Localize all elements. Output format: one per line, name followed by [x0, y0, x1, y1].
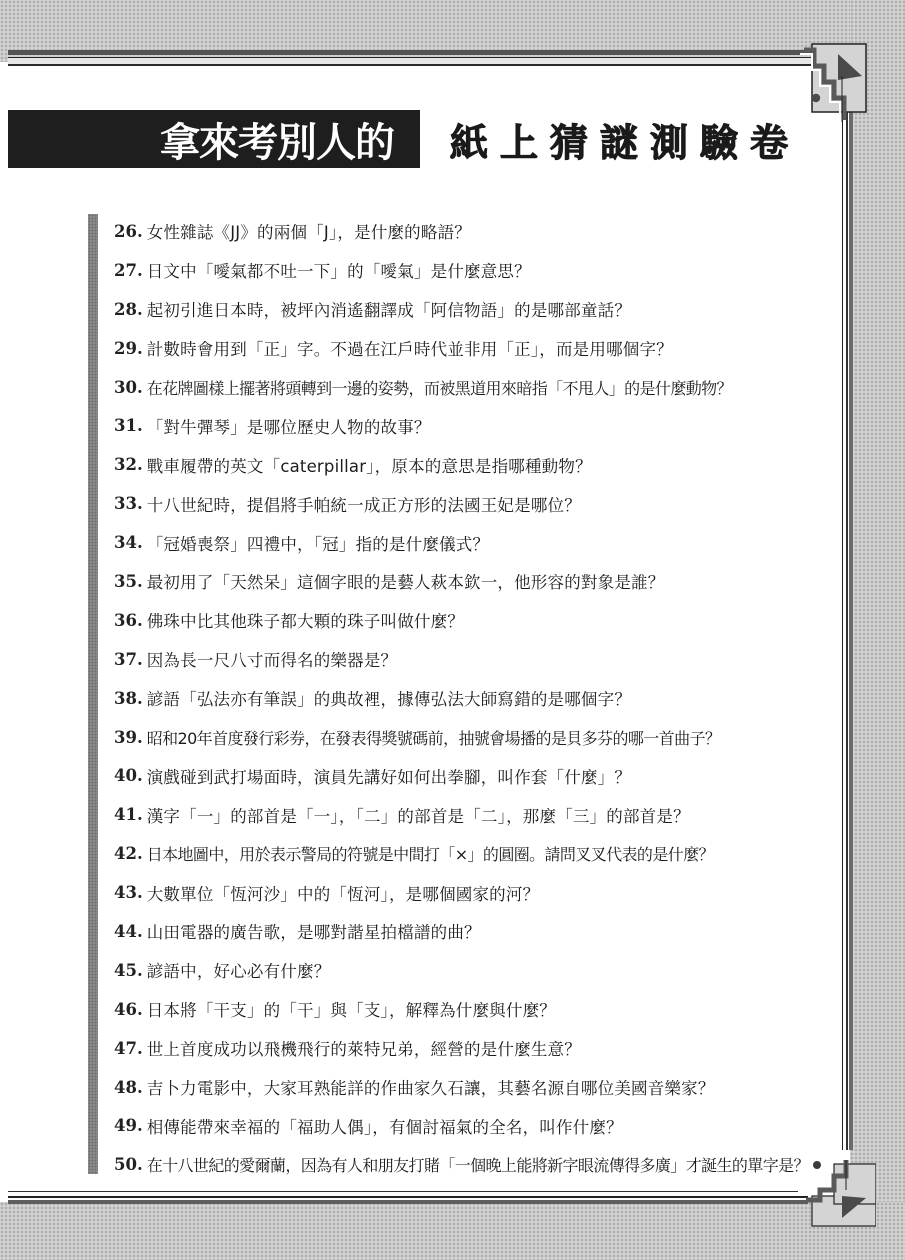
question-text: 日文中「噯氣都不吐一下」的「噯氣」是什麼意思？ — [147, 258, 531, 282]
question-text: 日本將「干支」的「干」與「支」，解釋為什麼與什麼？ — [147, 997, 556, 1021]
page-title: 紙上猜謎測驗卷 — [450, 112, 800, 166]
question-number: 31. — [114, 416, 143, 435]
question-item: 37.因為長一尺八寸而得名的樂器是？ — [114, 640, 834, 679]
question-item: 34.「冠婚喪祭」四禮中，「冠」指的是什麼儀式？ — [114, 523, 834, 562]
question-text: 諺語「弘法亦有筆誤」的典故裡，據傳弘法大師寫錯的是哪個字？ — [147, 686, 631, 710]
question-item: 27.日文中「噯氣都不吐一下」的「噯氣」是什麼意思？ — [114, 251, 834, 290]
right-border-line — [842, 110, 843, 1150]
question-text: 諺語中，好心必有什麼？ — [147, 958, 331, 982]
top-right-corner-ornament — [800, 42, 870, 122]
question-number: 50. — [114, 1155, 143, 1174]
dot-icon — [811, 93, 821, 103]
question-text: 大數單位「恆河沙」中的「恆河」，是哪個國家的河？ — [147, 881, 540, 905]
question-number: 33. — [114, 494, 143, 513]
question-number: 27. — [114, 261, 143, 280]
end-dot-icon — [813, 1161, 821, 1169]
question-item: 38.諺語「弘法亦有筆誤」的典故裡，據傳弘法大師寫錯的是哪個字？ — [114, 679, 834, 718]
question-item: 33.十八世紀時，提倡將手帕統一成正方形的法國王妃是哪位？ — [114, 484, 834, 523]
question-number: 43. — [114, 883, 143, 902]
question-text: 計數時會用到「正」字。不過在江戶時代並非用「正」，而是用哪個字？ — [147, 336, 673, 360]
question-number: 36. — [114, 611, 143, 630]
left-accent-bar — [88, 214, 98, 1174]
question-item: 48.吉卜力電影中，大家耳熟能詳的作曲家久石讓，其藝名源自哪位美國音樂家？ — [114, 1068, 834, 1107]
question-item: 43.大數單位「恆河沙」中的「恆河」，是哪個國家的河？ — [114, 873, 834, 912]
question-text: 十八世紀時，提倡將手帕統一成正方形的法國王妃是哪位？ — [147, 492, 581, 516]
right-border-line — [849, 110, 853, 1150]
question-text: 在十八世紀的愛爾蘭，因為有人和朋友打賭「一個晚上能將新字眼流傳得多廣」才誕生的單… — [147, 1153, 809, 1176]
question-item: 30.在花牌圖樣上擺著將頭轉到一邊的姿勢，而被黑道用來暗指「不甩人」的是什麼動物… — [114, 368, 834, 407]
right-border-line — [846, 110, 848, 1150]
question-item: 49.相傳能帶來幸福的「福助人偶」，有個討福氣的全名，叫作什麼？ — [114, 1106, 834, 1145]
question-item: 47.世上首度成功以飛機飛行的萊特兄弟，經營的是什麼生意？ — [114, 1029, 834, 1068]
question-text: 相傳能帶來幸福的「福助人偶」，有個討福氣的全名，叫作什麼？ — [147, 1114, 623, 1138]
question-item: 32.戰車履帶的英文「caterpillar」，原本的意思是指哪種動物？ — [114, 445, 834, 484]
question-item: 36.佛珠中比其他珠子都大顆的珠子叫做什麼？ — [114, 601, 834, 640]
question-text: 演戲碰到武打場面時，演員先講好如何出拳腳，叫作套「什麼」？ — [147, 764, 631, 788]
question-item: 41.漢字「一」的部首是「一」，「二」的部首是「二」，那麼「三」的部首是？ — [114, 795, 834, 834]
bottom-border-line — [8, 1200, 808, 1204]
question-text: 佛珠中比其他珠子都大顆的珠子叫做什麼？ — [147, 608, 464, 632]
question-item: 40.演戲碰到武打場面時，演員先講好如何出拳腳，叫作套「什麼」？ — [114, 756, 834, 795]
bottom-border-line — [8, 1196, 808, 1198]
question-text: 山田電器的廣告歌，是哪對諧星拍檔譜的曲？ — [147, 919, 481, 943]
question-item: 45.諺語中，好心必有什麼？ — [114, 951, 834, 990]
banner-text: 拿來考別人的 — [160, 111, 394, 168]
right-frame-band — [850, 0, 905, 1260]
question-item: 35.最初用了「天然呆」這個字眼的是藝人萩本欽一，他形容的對象是誰？ — [114, 562, 834, 601]
question-number: 30. — [114, 378, 143, 397]
question-number: 45. — [114, 961, 143, 980]
question-item: 44.山田電器的廣告歌，是哪對諧星拍檔譜的曲？ — [114, 912, 834, 951]
title-banner: 拿來考別人的 — [8, 110, 420, 168]
question-number: 38. — [114, 689, 143, 708]
question-text: 世上首度成功以飛機飛行的萊特兄弟，經營的是什麼生意？ — [147, 1036, 581, 1060]
question-number: 39. — [114, 728, 143, 747]
question-item: 46.日本將「干支」的「干」與「支」，解釋為什麼與什麼？ — [114, 990, 834, 1029]
question-number: 40. — [114, 766, 143, 785]
question-text: 日本地圖中，用於表示警局的符號是中間打「×」的圓圈。請問叉叉代表的是什麼？ — [147, 842, 714, 865]
question-text: 「對牛彈琴」是哪位歷史人物的故事？ — [147, 414, 431, 438]
question-number: 47. — [114, 1039, 143, 1058]
question-number: 28. — [114, 300, 143, 319]
question-number: 29. — [114, 339, 143, 358]
question-text: 最初用了「天然呆」這個字眼的是藝人萩本欽一，他形容的對象是誰？ — [147, 569, 665, 593]
question-number: 32. — [114, 455, 143, 474]
question-text: 吉卜力電影中，大家耳熟能詳的作曲家久石讓，其藝名源自哪位美國音樂家？ — [147, 1075, 715, 1099]
question-item: 29.計數時會用到「正」字。不過在江戶時代並非用「正」，而是用哪個字？ — [114, 329, 834, 368]
question-number: 35. — [114, 572, 143, 591]
question-item: 50.在十八世紀的愛爾蘭，因為有人和朋友打賭「一個晚上能將新字眼流傳得多廣」才誕… — [114, 1145, 834, 1184]
bottom-border-line — [8, 1191, 798, 1192]
question-item: 31.「對牛彈琴」是哪位歷史人物的故事？ — [114, 406, 834, 445]
question-number: 26. — [114, 222, 143, 241]
question-text: 「冠婚喪祭」四禮中，「冠」指的是什麼儀式？ — [147, 531, 489, 555]
question-text: 在花牌圖樣上擺著將頭轉到一邊的姿勢，而被黑道用來暗指「不甩人」的是什麼動物？ — [147, 376, 732, 399]
question-item: 42.日本地圖中，用於表示警局的符號是中間打「×」的圓圈。請問叉叉代表的是什麼？ — [114, 834, 834, 873]
top-border-line — [8, 57, 813, 58]
question-number: 41. — [114, 805, 143, 824]
top-border-line — [8, 64, 813, 66]
question-text: 女性雜誌《JJ》的兩個「J」，是什麼的略語？ — [147, 219, 471, 243]
question-text: 因為長一尺八寸而得名的樂器是？ — [147, 647, 398, 671]
question-number: 49. — [114, 1116, 143, 1135]
top-border-line — [8, 50, 813, 55]
question-number: 34. — [114, 533, 143, 552]
question-number: 42. — [114, 844, 143, 863]
question-number: 46. — [114, 1000, 143, 1019]
question-item: 39.昭和20年首度發行彩券，在發表得獎號碼前，抽號會場播的是貝多芬的哪一首曲子… — [114, 718, 834, 757]
question-text: 起初引進日本時，被坪內消遙翻譯成「阿信物語」的是哪部童話？ — [147, 297, 631, 321]
question-text: 漢字「一」的部首是「一」，「二」的部首是「二」，那麼「三」的部首是？ — [147, 803, 690, 827]
question-item: 26.女性雜誌《JJ》的兩個「J」，是什麼的略語？ — [114, 212, 834, 251]
question-text: 戰車履帶的英文「caterpillar」，原本的意思是指哪種動物？ — [147, 453, 592, 477]
question-list: 26.女性雜誌《JJ》的兩個「J」，是什麼的略語？ 27.日文中「噯氣都不吐一下… — [114, 212, 834, 1184]
question-number: 37. — [114, 650, 143, 669]
bottom-frame-band — [0, 1202, 905, 1260]
question-text: 昭和20年首度發行彩券，在發表得獎號碼前，抽號會場播的是貝多芬的哪一首曲子？ — [147, 726, 721, 749]
question-item: 28.起初引進日本時，被坪內消遙翻譯成「阿信物語」的是哪部童話？ — [114, 290, 834, 329]
question-number: 48. — [114, 1078, 143, 1097]
question-number: 44. — [114, 922, 143, 941]
